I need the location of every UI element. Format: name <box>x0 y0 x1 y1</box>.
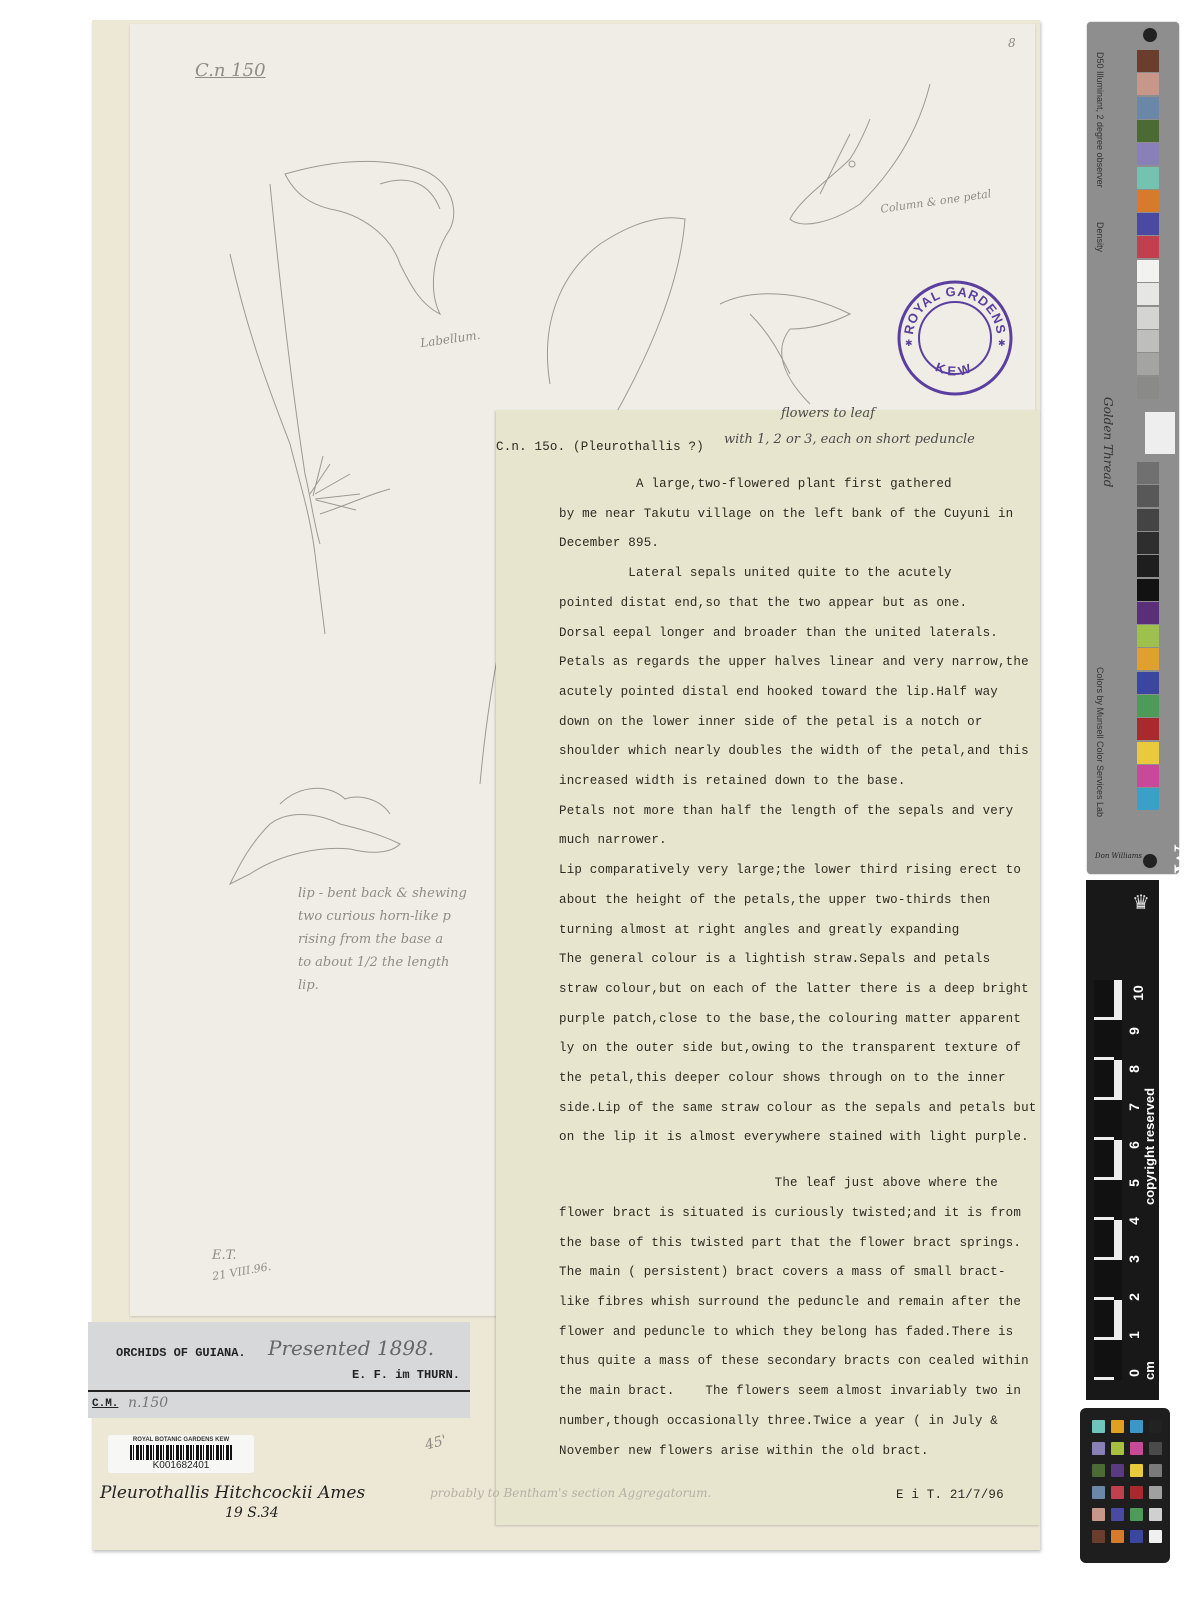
typed-line: Petals not more than half the length of … <box>559 797 1036 827</box>
mini-swatch <box>1092 1464 1105 1477</box>
typed-signature: E i T. 21/7/96 <box>896 1488 1004 1502</box>
mini-swatch <box>1130 1486 1143 1499</box>
barcode-institution: ROYAL BOTANIC GARDENS KEW <box>108 1437 254 1443</box>
typed-line: Lateral sepals united quite to the acute… <box>559 559 1036 589</box>
mini-swatch <box>1092 1442 1105 1455</box>
mini-swatch <box>1149 1530 1162 1543</box>
mini-swatch <box>1111 1508 1124 1521</box>
scale-unit: cm <box>1142 1361 1157 1380</box>
lip-note-line: lip. <box>298 974 467 997</box>
lip-note-line: lip - bent back & shewing <box>298 882 467 905</box>
stamp-bottom-text: KEW <box>933 359 976 379</box>
colour-swatch <box>1137 765 1159 787</box>
lip-note: lip - bent back & shewing two curious ho… <box>298 882 467 997</box>
typed-line: A large,two-flowered plant first gathere… <box>559 470 1036 500</box>
typed-line: December 895. <box>559 529 1036 559</box>
lip-note-line: to about 1/2 the length <box>298 951 467 974</box>
colour-swatch <box>1137 462 1159 484</box>
mini-swatch <box>1111 1464 1124 1477</box>
typed-line: on the lip it is almost everywhere stain… <box>559 1123 1036 1153</box>
collection-title: ORCHIDS OF GUIANA. <box>116 1346 246 1360</box>
typed-line: like fibres whish surround the peduncle … <box>559 1288 1036 1318</box>
mini-swatch <box>1111 1442 1124 1455</box>
density-label: Density <box>1095 222 1105 252</box>
chart-mini-panel <box>1145 412 1175 454</box>
colour-swatch <box>1137 579 1159 601</box>
typed-line: Petals as regards the upper halves linea… <box>559 648 1036 678</box>
mini-swatch <box>1092 1420 1105 1433</box>
label-divider <box>88 1390 470 1392</box>
typed-line: the petal,this deeper colour shows throu… <box>559 1064 1036 1094</box>
typed-line: ly on the outer side but,owing to the tr… <box>559 1034 1036 1064</box>
heading-annotation-top: flowers to leaf <box>781 406 875 421</box>
colour-swatch <box>1137 283 1159 305</box>
typed-line: Dorsal eepal longer and broader than the… <box>559 619 1036 649</box>
colour-swatch <box>1137 213 1159 235</box>
svg-text:ROYAL GARDENS: ROYAL GARDENS <box>901 284 1009 336</box>
colour-swatch <box>1137 167 1159 189</box>
corner-mark: 8 <box>1008 36 1016 50</box>
mini-swatch <box>1130 1464 1143 1477</box>
mini-swatch <box>1130 1442 1143 1455</box>
colour-swatch <box>1137 509 1159 531</box>
typed-line-blank <box>559 1153 1036 1169</box>
chart-title: D50 Illuminant, 2 degree observer <box>1095 52 1105 188</box>
colour-swatch <box>1137 695 1159 717</box>
chart-credit: Colors by Munsell Color Services Lab <box>1095 667 1105 817</box>
typed-line: purple patch,close to the base,the colou… <box>559 1005 1036 1035</box>
mini-swatch <box>1149 1420 1162 1433</box>
colour-swatch <box>1137 788 1159 810</box>
collector-name: E. F. im THURN. <box>352 1368 460 1382</box>
chart-brand: Golden Thread <box>1101 397 1115 487</box>
mini-swatch <box>1149 1464 1162 1477</box>
typed-line: The general colour is a lightish straw.S… <box>559 945 1036 975</box>
colour-swatch <box>1137 377 1159 399</box>
colour-swatch <box>1137 718 1159 740</box>
colour-swatch <box>1137 742 1159 764</box>
typed-line: by me near Takutu village on the left ba… <box>559 500 1036 530</box>
typed-line: thus quite a mass of these secondary bra… <box>559 1347 1036 1377</box>
mini-swatch <box>1149 1442 1162 1455</box>
typed-line: flower and peduncle to which they belong… <box>559 1318 1036 1348</box>
kew-scale-bar: ♛ Kew 0 1 2 3 4 5 6 7 8 9 10 cm copyrigh… <box>1086 880 1159 1400</box>
typed-line: the base of this twisted part that the f… <box>559 1229 1036 1259</box>
typed-line: Lip comparatively very large;the lower t… <box>559 856 1036 886</box>
typed-description-note: C.n. 15o. (Pleurothallis ?) flowers to l… <box>496 410 1040 1525</box>
initials: E.T. <box>212 1248 237 1263</box>
barcode-id: K001682401 <box>108 1460 254 1471</box>
svg-text:✱: ✱ <box>998 338 1006 348</box>
colour-swatch <box>1137 625 1159 647</box>
svg-text:KEW: KEW <box>933 359 976 379</box>
kew-crest-icon: ♛ <box>1126 890 1156 920</box>
typed-line: pointed distat end,so that the two appea… <box>559 589 1036 619</box>
mini-swatch <box>1111 1420 1124 1433</box>
colour-swatch <box>1137 260 1159 282</box>
colour-swatch <box>1137 97 1159 119</box>
mini-swatch <box>1111 1530 1124 1543</box>
heading-annotation: with 1, 2 or 3, each on short peduncle <box>724 432 975 447</box>
colour-swatch <box>1137 120 1159 142</box>
mini-swatch <box>1149 1508 1162 1521</box>
svg-text:✱: ✱ <box>905 338 913 348</box>
mini-swatch <box>1130 1530 1143 1543</box>
typed-line: The leaf just above where the <box>559 1169 1036 1199</box>
colour-swatch <box>1137 648 1159 670</box>
mini-swatch <box>1092 1508 1105 1521</box>
colour-swatch <box>1137 330 1159 352</box>
colour-swatch <box>1137 602 1159 624</box>
copyright-notice: copyright reserved <box>1142 1088 1157 1205</box>
typed-line: number,though occasionally three.Twice a… <box>559 1407 1036 1437</box>
typed-line: turning almost at right angles and great… <box>559 916 1036 946</box>
royal-gardens-kew-stamp: ROYAL GARDENS KEW ✱ ✱ <box>895 278 1015 398</box>
colour-swatch <box>1137 50 1159 72</box>
typed-body: A large,two-flowered plant first gathere… <box>559 470 1036 1466</box>
colour-calibration-chart: D50 Illuminant, 2 degree observer Densit… <box>1087 22 1179 874</box>
mini-swatch <box>1130 1420 1143 1433</box>
typed-line: the main bract. The flowers seem almost … <box>559 1377 1036 1407</box>
colour-swatch <box>1137 353 1159 375</box>
lip-note-line: two curious horn-like p <box>298 905 467 928</box>
barcode-bars <box>130 1445 232 1460</box>
typed-line: November new flowers arise within the ol… <box>559 1437 1036 1467</box>
typed-line: down on the lower inner side of the peta… <box>559 708 1036 738</box>
typed-heading: C.n. 15o. (Pleurothallis ?) <box>496 440 704 454</box>
collection-label: ORCHIDS OF GUIANA. Presented 1898. E. F.… <box>88 1322 470 1418</box>
typed-line: acutely pointed distal end hooked toward… <box>559 678 1036 708</box>
determination-date: 19 S.34 <box>225 1505 279 1521</box>
typed-line: increased width is retained down to the … <box>559 767 1036 797</box>
kew-logo-text: Kew <box>1157 844 1202 920</box>
mini-swatch <box>1092 1486 1105 1499</box>
kew-logo: Kew <box>1156 844 1202 920</box>
colour-swatch <box>1137 190 1159 212</box>
typed-line: shoulder which nearly doubles the width … <box>559 737 1036 767</box>
cm-value: n.150 <box>128 1395 168 1411</box>
typed-line: flower bract is situated is curiously tw… <box>559 1199 1036 1229</box>
chart-signature: Don Williams <box>1095 852 1142 860</box>
colour-swatch <box>1137 73 1159 95</box>
mini-swatch <box>1130 1508 1143 1521</box>
typed-line: about the height of the petals,the upper… <box>559 886 1036 916</box>
colour-swatch <box>1137 143 1159 165</box>
mini-swatch <box>1149 1486 1162 1499</box>
colour-swatch <box>1137 672 1159 694</box>
typed-line: side.Lip of the same straw colour as the… <box>559 1094 1036 1124</box>
typed-line: The main ( persistent) bract covers a ma… <box>559 1258 1036 1288</box>
presented-note: Presented 1898. <box>268 1336 434 1360</box>
lip-note-line: rising from the base a <box>298 928 467 951</box>
barcode-label: ROYAL BOTANIC GARDENS KEW K001682401 <box>108 1435 254 1473</box>
mini-swatch <box>1111 1486 1124 1499</box>
cm-label: C.M. <box>92 1398 118 1410</box>
chart-hole <box>1143 28 1157 42</box>
mini-swatch <box>1092 1530 1105 1543</box>
colour-swatch <box>1137 532 1159 554</box>
pencil-section-note: probably to Bentham's section Aggregator… <box>430 1486 750 1500</box>
scale-ruler <box>1094 980 1124 1380</box>
colour-swatch <box>1137 485 1159 507</box>
typed-line: much narrower. <box>559 826 1036 856</box>
determination-name: Pleurothallis Hitchcockii Ames <box>100 1483 365 1503</box>
stamp-top-text: ROYAL GARDENS <box>901 284 1009 336</box>
colour-swatch <box>1137 236 1159 258</box>
typed-line: straw colour,but on each of the latter t… <box>559 975 1036 1005</box>
collector-number-pencil: C.n 150 <box>195 60 266 81</box>
colour-swatch <box>1137 307 1159 329</box>
chart-hole <box>1143 854 1157 868</box>
colour-swatch <box>1137 555 1159 577</box>
mini-colour-checker <box>1080 1408 1170 1563</box>
